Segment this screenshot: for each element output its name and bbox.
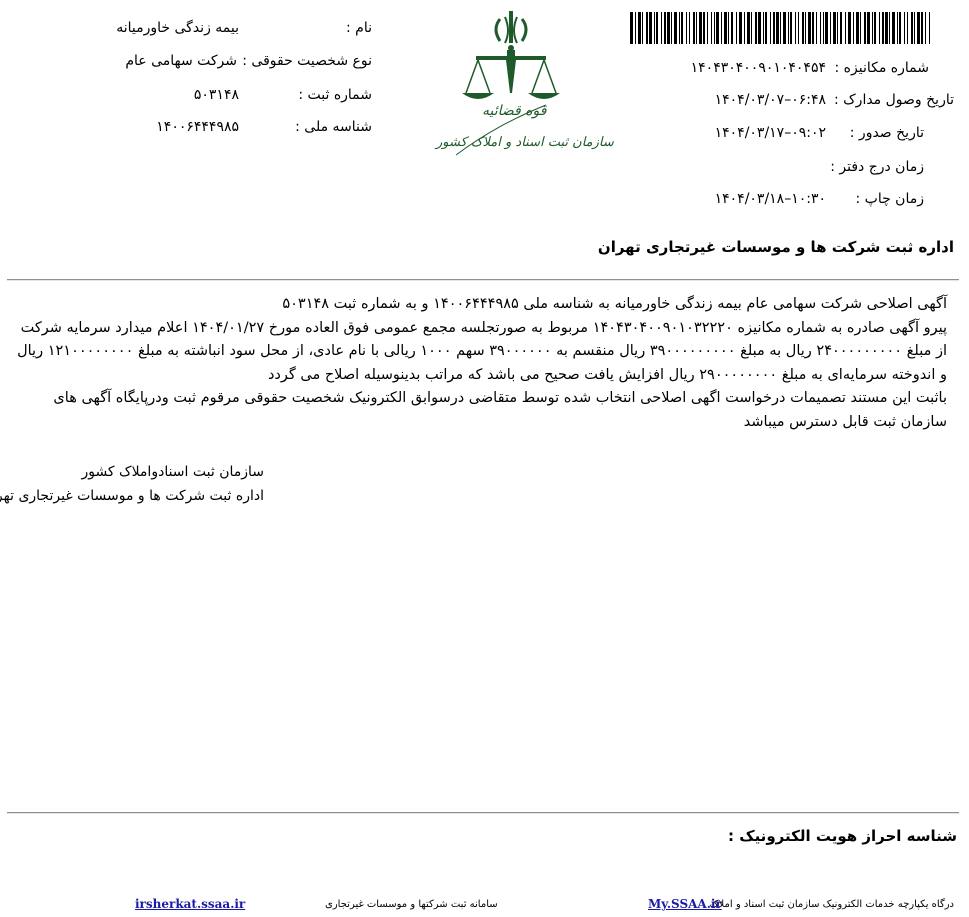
company-name-row: نام : بیمه زندگی خاورمیانه bbox=[346, 20, 372, 36]
field-label: تاریخ وصول مدارک : bbox=[834, 92, 954, 108]
field-label: زمان چاپ : bbox=[855, 191, 924, 207]
mechanized-number-row: شماره مکانیزه : ۱۴۰۴۳۰۴۰۰۹۰۱۰۴۰۴۵۴ bbox=[835, 60, 929, 76]
ledger-entry-row: زمان درج دفتر : bbox=[830, 159, 924, 175]
notice-paragraph: پیرو آگهی صادره به شماره مکانیزه ۱۴۰۴۳۰۴… bbox=[7, 317, 947, 388]
mechanized-number-value: ۱۴۰۴۳۰۴۰۰۹۰۱۰۴۰۴۵۴ bbox=[691, 60, 826, 76]
divider bbox=[7, 812, 959, 814]
field-label: شماره ثبت : bbox=[298, 87, 372, 103]
documents-received-value: ۱۴۰۴/۰۳/۰۷–۰۶:۴۸ bbox=[715, 92, 826, 108]
notice-heading: آگهی اصلاحی شرکت سهامی عام بیمه زندگی خا… bbox=[7, 293, 947, 317]
company-name-value: بیمه زندگی خاورمیانه bbox=[116, 20, 239, 36]
electronic-auth-label: شناسه احراز هویت الکترونیک : bbox=[728, 827, 957, 845]
print-time-row: زمان چاپ : ۱۴۰۴/۰۳/۱۸–۱۰:۳۰ bbox=[855, 191, 924, 207]
field-label: تاریخ صدور : bbox=[850, 125, 924, 141]
system-description: سامانه ثبت شرکتها و موسسات غیرتجاری bbox=[325, 899, 498, 910]
legal-type-row: نوع شخصیت حقوقی : شرکت سهامی عام bbox=[242, 53, 372, 69]
field-label: شماره مکانیزه : bbox=[835, 60, 929, 76]
portal-description: درگاه یکپارچه خدمات الکترونیک سازمان ثبت… bbox=[710, 899, 954, 910]
legal-type-value: شرکت سهامی عام bbox=[125, 53, 237, 69]
documents-received-row: تاریخ وصول مدارک : ۱۴۰۴/۰۳/۰۷–۰۶:۴۸ bbox=[834, 92, 954, 108]
print-time-value: ۱۴۰۴/۰۳/۱۸–۱۰:۳۰ bbox=[715, 191, 826, 207]
national-id-value: ۱۴۰۰۶۴۴۴۹۸۵ bbox=[156, 119, 239, 135]
field-label: نوع شخصیت حقوقی : bbox=[242, 53, 372, 69]
notice-paragraph: باثبت این مستند تصمیمات درخواست اگهی اصل… bbox=[7, 387, 947, 434]
registration-number-value: ۵۰۳۱۴۸ bbox=[194, 87, 239, 103]
field-label: شناسه ملی : bbox=[295, 119, 372, 135]
issue-date-value: ۱۴۰۴/۰۳/۱۷–۰۹:۰۲ bbox=[715, 125, 826, 141]
registration-number-row: شماره ثبت : ۵۰۳۱۴۸ bbox=[298, 87, 372, 103]
divider bbox=[7, 279, 959, 281]
signature-organization: سازمان ثبت اسنادواملاک کشور bbox=[81, 464, 264, 480]
logo-caption-organization: سازمان ثبت اسناد و املاک کشور bbox=[436, 135, 614, 150]
field-label: زمان درج دفتر : bbox=[830, 159, 924, 175]
irsherkat-link[interactable]: irsherkat.ssaa.ir bbox=[135, 897, 245, 911]
my-ssaa-link[interactable]: My.SSAA.ir bbox=[648, 897, 722, 911]
notice-body: آگهی اصلاحی شرکت سهامی عام بیمه زندگی خا… bbox=[7, 293, 947, 434]
signature-office: اداره ثبت شرکت ها و موسسات غیرتجاری تهرا… bbox=[0, 488, 264, 504]
logo-caption-judiciary: قوه قضائیه bbox=[482, 103, 546, 119]
national-id-row: شناسه ملی : ۱۴۰۰۶۴۴۴۹۸۵ bbox=[295, 119, 372, 135]
barcode bbox=[630, 12, 933, 44]
issue-date-row: تاریخ صدور : ۱۴۰۴/۰۳/۱۷–۰۹:۰۲ bbox=[850, 125, 924, 141]
office-title: اداره ثبت شرکت ها و موسسات غیرتجاری تهرا… bbox=[598, 238, 954, 256]
field-label: نام : bbox=[346, 20, 372, 36]
